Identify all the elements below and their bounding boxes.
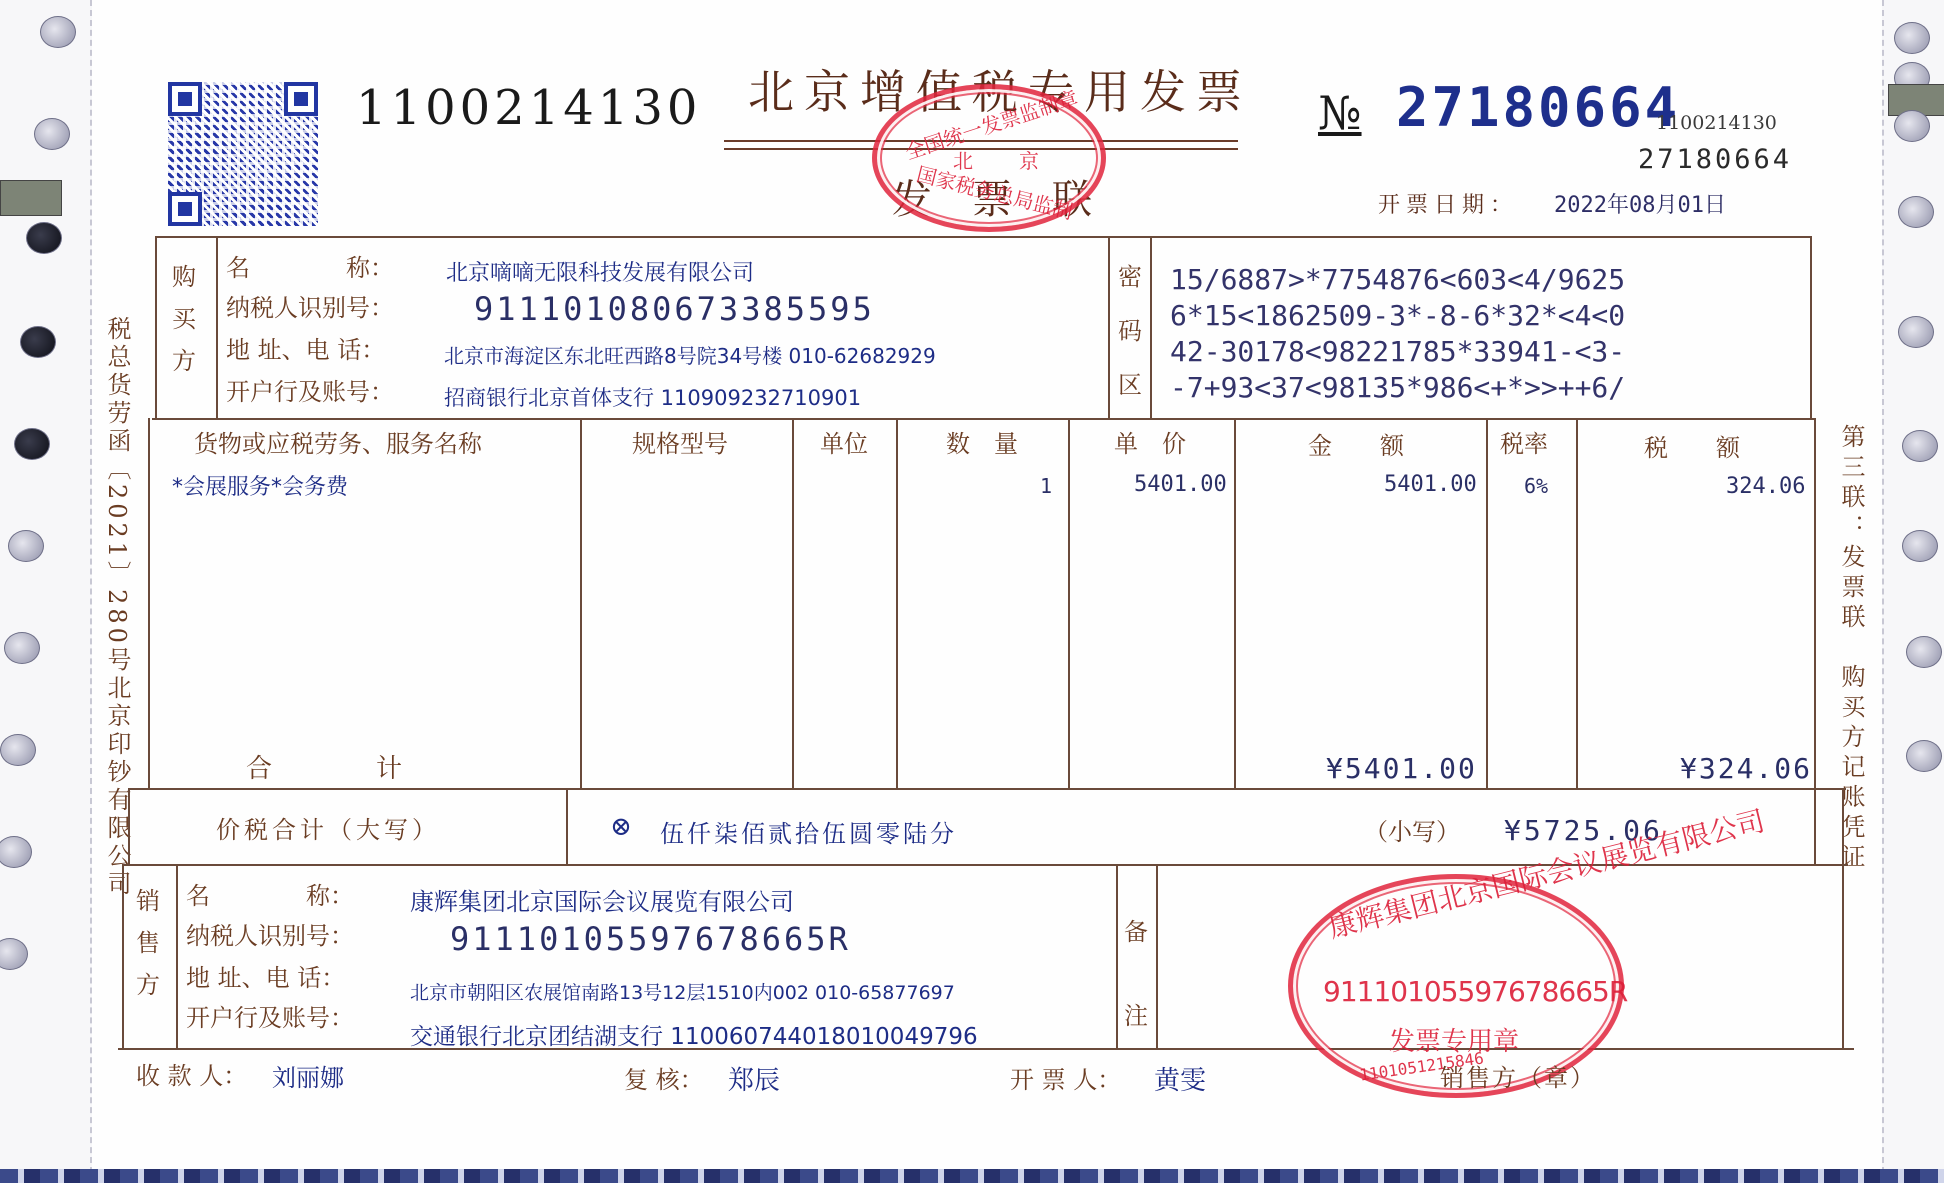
right-perforated-strip	[1882, 0, 1944, 1183]
left-perforated-strip	[0, 0, 92, 1183]
grid-line	[1068, 418, 1070, 790]
seller-address-label: 地 址、电 话：	[186, 958, 345, 993]
grid-line	[128, 788, 130, 866]
remarks-section-label: 备 注	[1122, 890, 1150, 1058]
buyer-name-label: 名 称：	[226, 248, 394, 283]
sprocket-hole	[14, 428, 50, 460]
col-header-unit: 单位	[820, 424, 868, 459]
sprocket-hole	[26, 222, 62, 254]
grid-line	[1108, 236, 1110, 420]
grid-line	[1814, 418, 1816, 866]
seller-section-label: 销 售 方	[134, 880, 162, 1006]
grid-line	[1486, 418, 1488, 790]
grand-total-label: 价税合计（大写）	[216, 810, 440, 845]
sprocket-hole	[40, 16, 76, 48]
seal-text-right: 京	[1019, 145, 1039, 174]
total-label: 合 计	[246, 748, 402, 785]
seal-text-bottom: 国家税务总局监制	[914, 158, 1076, 225]
cipher-line: 15/6887>*7754876<603<4/9625	[1170, 262, 1625, 298]
cipher-line: 42-30178<98221785*33941-<3-	[1170, 334, 1625, 370]
sprocket-hole	[20, 326, 56, 358]
buyer-bank-account: 招商银行北京首体支行 110909232710901	[444, 382, 861, 412]
col-header-name: 货物或应税劳务、服务名称	[194, 424, 482, 459]
grid-line	[1234, 418, 1236, 790]
grid-line	[1842, 788, 1844, 1050]
sprocket-hole	[1902, 530, 1938, 562]
bottom-edge-band	[0, 1169, 1944, 1183]
sprocket-hole	[34, 118, 70, 150]
buyer-tax-id-label: 纳税人识别号：	[226, 288, 394, 323]
grand-total-words: 伍仟柒佰贰拾伍圆零陆分	[660, 814, 957, 849]
sprocket-hole	[4, 632, 40, 664]
sprocket-hole	[1902, 430, 1938, 462]
sprocket-hole	[0, 734, 36, 766]
label-char: 备	[1122, 890, 1150, 974]
issue-date-label: 开票日期：	[1378, 188, 1518, 219]
col-header-amount: 金 额	[1308, 426, 1404, 461]
copy-note: 第三联：发票联 购买方记账凭证	[1834, 424, 1869, 874]
sprocket-hole	[0, 938, 28, 970]
sprocket-hole	[1894, 110, 1930, 142]
cipher-block: 15/6887>*7754876<603<4/9625 6*15<1862509…	[1170, 262, 1625, 406]
sprocket-hole	[1906, 636, 1942, 668]
seller-name: 康辉集团北京国际会议展览有限公司	[410, 882, 794, 917]
grid-line	[216, 236, 218, 420]
item-quantity: 1	[1040, 474, 1052, 498]
label-char: 售	[134, 922, 162, 964]
seal-text-top: 全国统一发票监制章	[901, 82, 1081, 165]
tax-bureau-seal: 全国统一发票监制章 北 京 国家税务总局监制	[872, 84, 1106, 232]
payee-name: 刘丽娜	[272, 1058, 344, 1093]
seller-bank-account: 交通银行北京团结湖支行 110060744018010049796	[410, 1018, 978, 1051]
issuer-label: 开 票 人：	[1010, 1060, 1121, 1095]
grid-line	[1810, 236, 1812, 420]
label-char: 方	[134, 964, 162, 1006]
cipher-line: 6*15<1862509-3*-8-6*32*<4<0	[1170, 298, 1625, 334]
buyer-section-label: 购 买 方	[170, 256, 198, 382]
cross-circle-icon: ⊗	[610, 812, 632, 842]
grid-line	[896, 418, 898, 790]
seal-tax-id: 91110105597678665R	[1323, 975, 1627, 1008]
qr-finder	[168, 82, 202, 116]
grid-line	[122, 864, 124, 1050]
grid-line	[1116, 864, 1118, 1050]
grid-line	[1150, 236, 1152, 420]
grid-line	[128, 788, 1846, 790]
sprocket-hole	[1894, 22, 1930, 54]
grid-line	[1156, 864, 1158, 1050]
sprocket-hole	[0, 836, 32, 868]
payee-label: 收 款 人：	[136, 1056, 247, 1091]
number-sign: №	[1318, 86, 1362, 140]
total-amount: ¥5401.00	[1326, 752, 1477, 785]
buyer-address-phone: 北京市海淀区东北旺西路8号院34号楼 010-62682929	[444, 340, 936, 369]
invoice-paper: 1100214130 北京增值税专用发票 发票联 全国统一发票监制章 北 京 国…	[0, 0, 1944, 1183]
label-char: 购	[170, 256, 198, 298]
item-tax-rate: 6%	[1524, 474, 1548, 498]
grid-line	[152, 418, 1814, 420]
invoice-code: 1100214130	[356, 80, 701, 136]
printed-invoice-number: 27180664	[1638, 144, 1792, 175]
reviewer-name: 郑辰	[728, 1060, 780, 1097]
label-char: 码	[1116, 304, 1144, 358]
sprocket-hole	[1898, 196, 1934, 228]
label-char: 密	[1116, 250, 1144, 304]
label-char: 买	[170, 298, 198, 340]
col-header-spec: 规格型号	[632, 424, 728, 459]
seller-tax-id: 91110105597678665R	[450, 920, 851, 958]
label-char: 区	[1116, 358, 1144, 412]
printed-invoice-code: 1100214130	[1656, 112, 1777, 134]
grid-line	[155, 236, 157, 420]
buyer-tax-id: 911101080673385595	[474, 290, 875, 328]
seller-name-label: 名 称：	[186, 876, 354, 911]
sprocket-hole	[1906, 740, 1942, 772]
item-amount: 5401.00	[1384, 472, 1477, 497]
grand-total-small-label: （小写）	[1364, 812, 1460, 847]
buyer-bank-label: 开户行及账号：	[226, 372, 394, 407]
issue-date: 2022年08月01日	[1554, 188, 1726, 219]
item-tax: 324.06	[1726, 474, 1805, 499]
label-char: 方	[170, 340, 198, 382]
seller-stamp-label: 销售方（章）	[1440, 1058, 1596, 1093]
qr-code	[168, 82, 318, 226]
buyer-address-label: 地 址、电 话：	[226, 330, 385, 365]
block-mark	[0, 180, 62, 216]
label-char: 销	[134, 880, 162, 922]
col-header-quantity: 数 量	[946, 424, 1018, 459]
qr-finder	[168, 192, 202, 226]
grid-line	[1576, 418, 1578, 790]
sprocket-hole	[8, 530, 44, 562]
item-name: *会展服务*会务费	[172, 470, 348, 501]
issuer-name: 黄雯	[1154, 1060, 1206, 1097]
qr-finder	[284, 82, 318, 116]
cipher-section-label: 密 码 区	[1116, 250, 1144, 412]
cipher-line: -7+93<37<98135*986<+*>>++6/	[1170, 370, 1625, 406]
grid-line	[148, 418, 150, 790]
sprocket-hole	[1898, 316, 1934, 348]
col-header-tax: 税 额	[1644, 428, 1740, 463]
item-unit-price: 5401.00	[1134, 472, 1227, 497]
label-char: 注	[1122, 974, 1150, 1058]
grid-line	[155, 236, 1811, 238]
grid-line	[566, 788, 568, 866]
col-header-tax-rate: 税率	[1500, 424, 1548, 459]
buyer-name: 北京嘀嘀无限科技发展有限公司	[446, 256, 754, 287]
grid-line	[580, 418, 582, 790]
seller-bank-label: 开户行及账号：	[186, 998, 354, 1033]
invoice-number: 27180664	[1396, 76, 1680, 139]
reviewer-label: 复 核：	[624, 1060, 704, 1095]
total-tax: ¥324.06	[1680, 752, 1812, 785]
seller-address-phone: 北京市朝阳区农展馆南路13号12层1510内002 010-65877697	[410, 978, 955, 1005]
grid-line	[792, 418, 794, 790]
seller-tax-id-label: 纳税人识别号：	[186, 916, 354, 951]
col-header-unit-price: 单 价	[1114, 424, 1186, 459]
grid-line	[176, 864, 178, 1050]
